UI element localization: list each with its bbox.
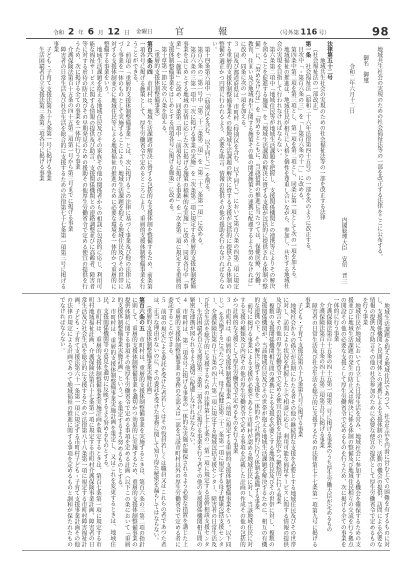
- promulgation-block: 地域共生社会の実現のための社会福祉法等の一部を改正する法律をここに公布する。 御…: [332, 41, 390, 289]
- item: 三 地域住民が地域において自立した日常生活を営み、地域社会に参加する機会を確保す…: [332, 297, 361, 547]
- bottom-tier-body: 二 地域生活課題を抱える地域住民であつて、社会生活を円滑に営む上での困難を有する…: [20, 297, 390, 547]
- article-caption: （社会福祉法の一部改正）: [311, 41, 318, 289]
- subitem: イ 介護保険法第百十五条の四十五第二項第一号から第三号までに掲げる事業: [66, 41, 73, 289]
- item: 四 地域社会からの孤立が長期にわたる者その他の継続的な支援を必要とする地域住民及…: [275, 297, 297, 547]
- amendment-clause: 第四条中第二項を第三項とし、第一項を第二項とし、同条に第一項として次の一項を加え…: [290, 41, 297, 289]
- subitem: ロ 介護保険法第百十五条の四十五第二項第五号に掲げる事業: [318, 297, 325, 547]
- gazette-title-kan: 官: [175, 26, 184, 38]
- article-text: 社会福祉法（昭和二十六年法律第四十五号）の一部を次のように改正する。: [305, 58, 312, 254]
- paragraph: ３ 市町村は、重層的支援体制整備事業実施計画を策定するときは、第百七条第一項に規…: [59, 297, 102, 547]
- promulgation-date: 令和二年六月十二日: [348, 64, 355, 114]
- issue-number-value: 116: [301, 26, 318, 38]
- header-rule: [26, 38, 390, 39]
- signatory-name: 安倍 晋三: [341, 256, 348, 284]
- bottom-rule: [22, 550, 390, 552]
- issue-date: 令和 2 年 6 月 12 日: [53, 26, 130, 38]
- amendment-clause: 第十四条第六項中「（特別区を含む。以下同じ。）」を削る。: [203, 41, 210, 289]
- article-106-5: 第百六条の五 市町村は、重層的支援体制整備事業を実施するときは、第百六条の三第二…: [116, 297, 145, 547]
- item: 一 地域生活課題を抱える地域住民及びその家族その他の関係者からの相談に包括的に応…: [74, 41, 103, 289]
- signatory: 内閣総理大臣安倍 晋三: [341, 217, 348, 284]
- article-text: 市町村は、地域生活課題の解決に資する包括的な支援体制を整備するため、前条第一項各…: [132, 41, 153, 289]
- paragraph: ５ 前項の規定による委託を受けた者若しくはその役員若しくは職員又はこれらの者であ…: [152, 297, 166, 547]
- promulgation-statement: 地域共生社会の実現のための社会福祉法等の一部を改正する法律をここに公布する。: [376, 47, 383, 260]
- law-number-label: 法律第五十二号: [327, 41, 334, 80]
- date-day: 12: [108, 26, 121, 38]
- item: 二 地域生活課題を抱える地域住民であつて、社会生活を円滑に営む上での困難を有する…: [361, 297, 390, 547]
- article-caption: （重層的支援体制整備事業実施計画）: [145, 297, 152, 547]
- date-month: 6: [88, 26, 94, 38]
- article-106-4: 第百六条の四 市町村は、地域生活課題の解決に資する包括的な支援体制を整備するため…: [131, 41, 153, 289]
- amendment-clause: 第百六条の三第一項中「次に掲げる事業の実施」を「次条第二項に規定する重層的支援体…: [167, 41, 196, 289]
- amendment-clause: 第六条第二項中「地域住民等が地域生活課題を把握し、支援関係機関との連携等によりそ…: [239, 41, 275, 289]
- paragraph: ３ 市町村は、重層的支援体制整備事業（前項に規定する重層的支援体制整備事業をいう…: [188, 297, 231, 547]
- date-year: 2: [68, 26, 74, 38]
- article-caption: （重層的支援体制整備事業）: [153, 41, 160, 289]
- subitem: イ 介護保険法第百十五条の四十五第一項第二号に掲げる事業のうち厚生労働大臣が定め…: [325, 297, 332, 547]
- tier-divider: [22, 293, 390, 295]
- issue-number: （号外第 116 号）: [277, 26, 330, 38]
- article-label: 第百六条の五: [139, 297, 146, 331]
- page-number: 98: [372, 26, 389, 38]
- inserted-provision: 地域福祉の推進は、地域住民が相互に人格と個性を尊重し合いながら、参加し、共生する…: [275, 41, 289, 289]
- paragraph: ２ 市町村は、重層的支援体制整備事業実施計画を策定し、又はこれを変更するときは、…: [102, 297, 116, 547]
- gazette-title-po: 報: [218, 26, 227, 38]
- law-number: 法律第五十二号: [326, 41, 333, 289]
- subitem: ニ 子ども・子育て支援法第五十九条第九号に掲げる事業: [296, 297, 303, 547]
- gazette-page: 令和 2 年 6 月 12 日 金曜日 官 報 （号外第 116 号） 98 地…: [0, 0, 413, 585]
- item: 六 前号に掲げる事業による支援が必要であると市町村が認める地域住民に対し、当該地…: [232, 297, 254, 547]
- article-1: 第一条 社会福祉法（昭和二十六年法律第四十五号）の一部を次のように改正する。: [304, 41, 311, 289]
- amendment-clause: 目次中「・第百六条の三」を「―第百六条の十一」に改める。: [297, 41, 304, 289]
- subitem: ロ 障害者の日常生活及び社会生活を総合的に支援するための法律第七十七条第一項第三…: [52, 41, 66, 289]
- item: 五 複数の支援関係機関相互間の連携による支援を必要とする地域住民及びその世帯に対…: [253, 297, 275, 547]
- signatory-title: 内閣総理大臣: [341, 217, 348, 251]
- paragraph: ３ 国及び都道府県は、市町村（特別区を含む。以下同じ。）において第百六条の四第二…: [211, 41, 240, 289]
- gazette-header: 令和 2 年 6 月 12 日 金曜日 官 報 （号外第 116 号） 98: [0, 0, 413, 40]
- top-tier-body: 法律第五十二号 地域共生社会の実現のための社会福祉法等の一部を改正する法律 （社…: [20, 41, 333, 289]
- weekday-label: 金曜日: [136, 26, 153, 38]
- amendment-clause: 第百六条の二第一号中「第二十二条第二項」を「第二十二条第一項」に改める。: [196, 41, 203, 289]
- paragraph: ２ 前項の「重層的支援体制整備事業」とは、次に掲げるこの法律に基づく事業及び他の…: [103, 41, 132, 289]
- subitem: ニ 生活困窮者自立支援法第三条第二項各号に掲げる事業: [38, 41, 45, 289]
- subitem: ハ 子ども・子育て支援法第五十九条第一号に掲げる事業: [45, 41, 52, 289]
- article-text: 市町村は、重層的支援体制整備事業を実施するときは、第百六条の三第二項の指針に則し…: [117, 297, 145, 547]
- page-number-value: 98: [372, 26, 389, 38]
- paragraph: ４ 市町村は、第二項各号に掲げる事業の一体的な実施が確保されるよう必要な措置を講…: [167, 297, 189, 547]
- imperial-seal: 御名 御璽: [362, 55, 369, 83]
- article-label: 第一条: [305, 41, 312, 58]
- weekday: 金曜日: [136, 26, 153, 38]
- subitem: ハ 障害者の日常生活及び社会生活を総合的に支援するための法律第七十七条第一項第九…: [304, 297, 318, 547]
- article-label: 第百六条の四: [146, 41, 153, 75]
- amendment-clause: 第十章第一節に次の八条を加える。: [160, 41, 167, 289]
- law-title: 地域共生社会の実現のための社会福祉法等の一部を改正する法律: [319, 41, 326, 289]
